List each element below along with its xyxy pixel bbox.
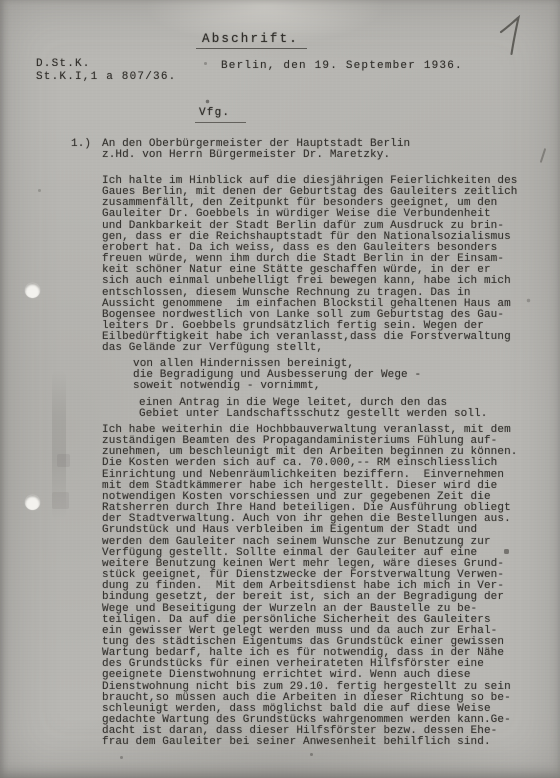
reference-number: D.St.K. St.K.I,1 a 807/36. [36, 58, 176, 84]
disposition-text: Vfg. [195, 107, 246, 123]
indented-list-1: von allen Hindernissen bereinigt, die Be… [133, 359, 421, 392]
punch-hole-bottom [25, 495, 40, 510]
item-number: 1.) [71, 139, 91, 150]
body-paragraph-2: Ich habe weiterhin die Hochbbauverwaltun… [102, 425, 517, 749]
recipient-address: An den Oberbürgermeister der Hauptstadt … [102, 139, 410, 161]
disposition-heading: Vfg. [195, 102, 246, 123]
pencil-mark [540, 148, 547, 163]
handwritten-page-number [497, 14, 531, 58]
document-title: Abschrift. [196, 29, 307, 49]
document-title-text: Abschrift. [196, 33, 307, 49]
paper-stains [0, 0, 1, 1]
punch-hole-top [25, 283, 40, 298]
paper-smudge [52, 370, 66, 520]
document-page: Abschrift. D.St.K. St.K.I,1 a 807/36. Be… [0, 0, 560, 778]
body-paragraph-1: Ich halte im Hinblick auf die diesjährig… [102, 176, 517, 355]
indented-list-2: einen Antrag in die Wege leitet, durch d… [139, 398, 487, 420]
dateline: Berlin, den 19. September 1936. [221, 60, 463, 73]
